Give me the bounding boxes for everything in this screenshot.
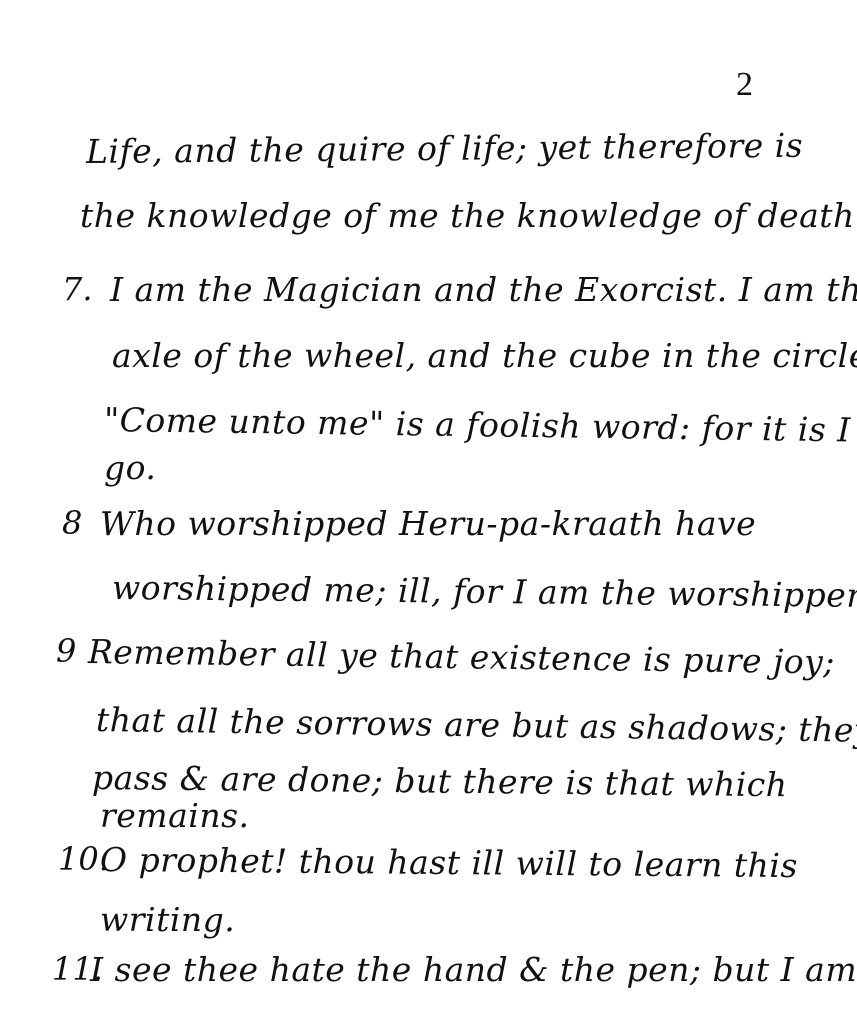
verse-number: 8 (62, 504, 82, 542)
manuscript-page: 2 Life, and the quire of life; yet there… (0, 0, 857, 1024)
manuscript-line: I see thee hate the hand & the pen; but … (90, 950, 857, 989)
manuscript-line: writing. (100, 900, 235, 939)
manuscript-line: axle of the wheel, and the cube in the c… (112, 336, 857, 375)
manuscript-line: I am the Magician and the Exorcist. I am… (110, 270, 857, 309)
manuscript-line: O prophet! thou hast ill will to learn t… (100, 840, 798, 885)
manuscript-line: "Come unto me" is a foolish word: for it… (104, 400, 857, 451)
manuscript-line: remains. (100, 796, 250, 835)
verse-number: 7. (62, 270, 93, 308)
page-number: 2 (736, 66, 753, 104)
manuscript-line: Remember all ye that existence is pure j… (88, 632, 835, 681)
manuscript-line: worshipped me; ill, for I am the worship… (112, 568, 857, 615)
verse-number: 9 (56, 632, 76, 670)
manuscript-line: that all the sorrows are but as shadows;… (96, 700, 857, 750)
manuscript-line: Who worshipped Heru-pa-kraath have (100, 504, 756, 543)
manuscript-line: go. (104, 448, 156, 487)
manuscript-line: the knowledge of me the knowledge of dea… (80, 196, 857, 235)
manuscript-line: Life, and the quire of life; yet therefo… (86, 126, 803, 171)
